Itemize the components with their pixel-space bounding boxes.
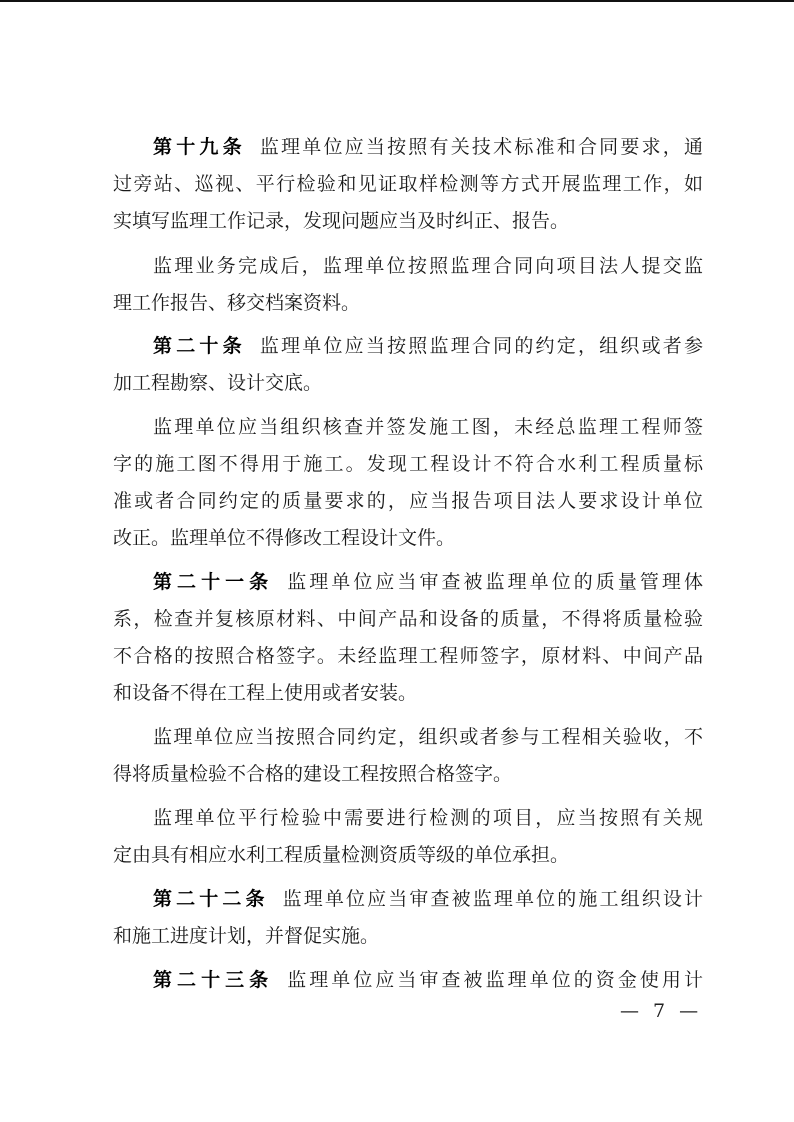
line-text: 理工作报告、移交档案资料。 [113,292,360,314]
text-line: 和设备不得在工程上使用或者安装。 [113,681,703,705]
text-line: 系，检查并复核原材料、中间产品和设备的质量，不得将质量检验 [113,607,703,631]
line-text: 得将质量检验不合格的建设工程按照合格签字。 [113,763,512,785]
text-line: 得将质量检验不合格的建设工程按照合格签字。 [113,762,703,786]
article-first-line: 第二十二条监理单位应当审查被监理单位的施工组织设计 [153,887,703,911]
line-text: 监理单位应当审查被监理单位的质量管理体 [287,571,703,593]
text-line: 字的施工图不得用于施工。发现工程设计不符合水利工程质量标 [113,452,703,476]
page-number: — 7 — [620,1000,702,1022]
line-text: 不合格的按照合格签字。未经监理工程师签字，原材料、中间产品 [113,645,703,667]
text-line: 监理单位应当按照合同约定，组织或者参与工程相关验收，不 [153,725,703,749]
line-text: 字的施工图不得用于施工。发现工程设计不符合水利工程质量标 [113,453,703,475]
text-line: 改正。监理单位不得修改工程设计文件。 [113,526,703,550]
line-text: 监理单位应当按照监理合同的约定，组织或者参 [260,335,703,357]
line-text: 监理单位应当审查被监理单位的资金使用计 [287,969,703,991]
document-page: 第十九条监理单位应当按照有关技术标准和合同要求，通过旁站、巡视、平行检验和见证取… [0,0,794,1122]
text-line: 过旁站、巡视、平行检验和见证取样检测等方式开展监理工作，如 [113,172,703,196]
text-line: 加工程勘察、设计交底。 [113,371,703,395]
line-text: 和设备不得在工程上使用或者安装。 [113,682,417,704]
line-text: 监理单位应当审查被监理单位的施工组织设计 [283,888,703,910]
text-line: 监理业务完成后，监理单位按照监理合同向项目法人提交监 [153,254,703,278]
line-text: 过旁站、巡视、平行检验和见证取样检测等方式开展监理工作，如 [113,173,703,195]
article-first-line: 第十九条监理单位应当按照有关技术标准和合同要求，通 [153,135,703,159]
article-first-line: 第二十三条监理单位应当审查被监理单位的资金使用计 [153,968,703,992]
line-text: 准或者合同约定的质量要求的，应当报告项目法人要求设计单位 [113,490,703,512]
article-heading: 第二十条 [153,335,246,357]
line-text: 改正。监理单位不得修改工程设计文件。 [113,527,455,549]
text-line: 和施工进度计划，并督促实施。 [113,924,703,948]
article-heading: 第二十一条 [153,571,273,593]
line-text: 监理单位应当按照有关技术标准和合同要求，通 [260,136,703,158]
text-line: 定由具有相应水利工程质量检测资质等级的单位承担。 [113,843,703,867]
article-heading: 第二十二条 [153,888,269,910]
text-line: 准或者合同约定的质量要求的，应当报告项目法人要求设计单位 [113,489,703,513]
text-line: 实填写监理工作记录，发现问题应当及时纠正、报告。 [113,209,703,233]
text-line: 监理单位平行检验中需要进行检测的项目，应当按照有关规 [153,806,703,830]
text-line: 不合格的按照合格签字。未经监理工程师签字，原材料、中间产品 [113,644,703,668]
line-text: 监理单位应当组织核查并签发施工图，未经总监理工程师签 [153,416,703,438]
text-line: 监理单位应当组织核查并签发施工图，未经总监理工程师签 [153,415,703,439]
line-text: 监理单位平行检验中需要进行检测的项目，应当按照有关规 [153,807,703,829]
line-text: 定由具有相应水利工程质量检测资质等级的单位承担。 [113,844,569,866]
line-text: 和施工进度计划，并督促实施。 [113,925,379,947]
article-first-line: 第二十条监理单位应当按照监理合同的约定，组织或者参 [153,334,703,358]
line-text: 监理业务完成后，监理单位按照监理合同向项目法人提交监 [153,255,703,277]
line-text: 加工程勘察、设计交底。 [113,372,322,394]
line-text: 实填写监理工作记录，发现问题应当及时纠正、报告。 [113,210,569,232]
line-text: 系，检查并复核原材料、中间产品和设备的质量，不得将质量检验 [113,608,703,630]
article-heading: 第二十三条 [153,969,273,991]
line-text: 监理单位应当按照合同约定，组织或者参与工程相关验收，不 [153,726,703,748]
text-line: 理工作报告、移交档案资料。 [113,291,703,315]
article-first-line: 第二十一条监理单位应当审查被监理单位的质量管理体 [153,570,703,594]
article-heading: 第十九条 [153,136,246,158]
